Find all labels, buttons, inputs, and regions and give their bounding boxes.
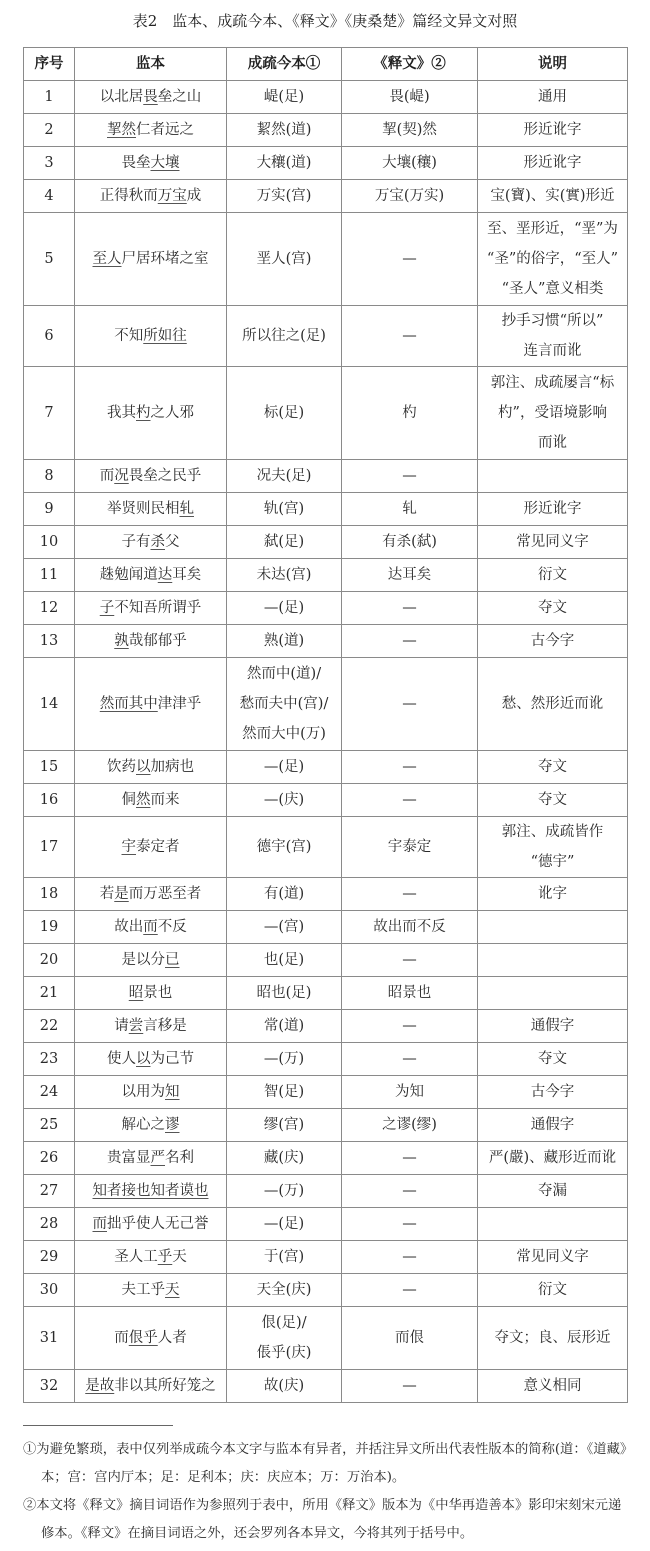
cell-shiwen: — — [342, 213, 478, 306]
cell-line: —(宫) — [229, 912, 339, 942]
cell-line: 佷(足)/ — [229, 1308, 339, 1338]
cell-chengshu: 藏(庆) — [227, 1142, 342, 1175]
text-segment: 故出 — [114, 919, 143, 935]
cell-shiwen: 昭景也 — [342, 977, 478, 1010]
cell-chengshu: 缪(宫) — [227, 1109, 342, 1142]
text-segment: 哉郁郁乎 — [129, 633, 187, 649]
cell-note: 意义相同 — [478, 1370, 628, 1403]
cell-shiwen: — — [342, 878, 478, 911]
cell-line: 郭注、成疏屡言“标 — [480, 368, 625, 398]
cell-chengshu: 标(足) — [227, 367, 342, 460]
underlined-variant-text: 况 — [114, 468, 129, 484]
text-segment: 趎勉闻道 — [100, 567, 158, 583]
cell-chengshu: —(足) — [227, 751, 342, 784]
cell-shiwen: — — [342, 625, 478, 658]
cell-chengshu: 况夫(足) — [227, 460, 342, 493]
cell-jianben: 而况畏垒之民乎 — [75, 460, 227, 493]
cell-shiwen: 故出而不反 — [342, 911, 478, 944]
cell-shiwen: 杓 — [342, 367, 478, 460]
cell-shiwen: — — [342, 1370, 478, 1403]
cell-line: —(足) — [229, 1209, 339, 1239]
text-segment: 不反 — [158, 919, 187, 935]
text-segment: 正得秋而 — [100, 188, 158, 204]
cell-shiwen: — — [342, 784, 478, 817]
cell-shiwen: — — [342, 1142, 478, 1175]
cell-number: 29 — [24, 1241, 75, 1274]
cell-jianben: 我其杓之人邪 — [75, 367, 227, 460]
cell-note: 夺文 — [478, 592, 628, 625]
cell-jianben: 子有杀父 — [75, 526, 227, 559]
cell-shiwen: 而佷 — [342, 1307, 478, 1370]
cell-line: 然而中(道)/ — [229, 659, 339, 689]
cell-line: 藏(庆) — [229, 1143, 339, 1173]
cell-jianben: 举贤则民相轧 — [75, 493, 227, 526]
cell-shiwen: — — [342, 1010, 478, 1043]
cell-jianben: 挈然仁者远之 — [75, 114, 227, 147]
underlined-variant-text: 杓 — [136, 405, 151, 421]
cell-note: 夺文 — [478, 751, 628, 784]
cell-chengshu: 德宇(宫) — [227, 817, 342, 878]
cell-line: 德宇(宫) — [229, 832, 339, 862]
underlined-variant-text: 挈然 — [107, 122, 136, 138]
cell-shiwen: 轧 — [342, 493, 478, 526]
cell-note: 严(嚴)、藏形近而讹 — [478, 1142, 628, 1175]
cell-chengshu: 于(宫) — [227, 1241, 342, 1274]
col-header-number: 序号 — [24, 48, 75, 81]
underlined-variant-text: 然而其中 — [100, 696, 158, 712]
cell-chengshu: 崼(足) — [227, 81, 342, 114]
cell-line: 天全(庆) — [229, 1275, 339, 1305]
text-segment: 言移是 — [143, 1018, 187, 1034]
underlined-variant-text: 已 — [165, 952, 180, 968]
cell-shiwen: — — [342, 751, 478, 784]
cell-line: “德宇” — [480, 847, 625, 877]
cell-line: 而讹 — [480, 428, 625, 458]
cell-line: 通假字 — [480, 1110, 625, 1140]
cell-chengshu: 絜然(道) — [227, 114, 342, 147]
cell-note: 愁、然形近而讹 — [478, 658, 628, 751]
underlined-variant-text: 是故 — [85, 1378, 114, 1394]
underlined-variant-text: 然 — [136, 792, 151, 808]
cell-note: 古今字 — [478, 625, 628, 658]
cell-jianben: 请尝言移是 — [75, 1010, 227, 1043]
cell-line: 智(足) — [229, 1077, 339, 1107]
text-segment: 为己节 — [151, 1051, 195, 1067]
text-segment: 人者 — [158, 1330, 187, 1346]
cell-jianben: 昭景也 — [75, 977, 227, 1010]
cell-shiwen: 达耳矣 — [342, 559, 478, 592]
text-segment: 加病也 — [151, 759, 195, 775]
cell-line: “圣”的俗字，“至人” — [480, 244, 625, 274]
text-segment: 是以分 — [122, 952, 166, 968]
cell-line: 形近讹字 — [480, 148, 625, 178]
table-row: 22请尝言移是常(道)—通假字 — [24, 1010, 628, 1043]
underlined-variant-text: 子 — [100, 600, 115, 616]
underlined-variant-text: 是 — [114, 886, 129, 902]
cell-chengshu: 所以往之(足) — [227, 306, 342, 367]
cell-note: 郭注、成疏皆作“德宇” — [478, 817, 628, 878]
cell-chengshu: 智(足) — [227, 1076, 342, 1109]
text-segment: 我其 — [107, 405, 136, 421]
cell-line: 弑(足) — [229, 527, 339, 557]
cell-line: —(足) — [229, 593, 339, 623]
cell-line: 夺文 — [480, 785, 625, 815]
underlined-variant-text: 天 — [165, 1282, 180, 1298]
text-segment: 垒之山 — [158, 89, 202, 105]
cell-jianben: 至人尸居环堵之室 — [75, 213, 227, 306]
cell-jianben: 以用为知 — [75, 1076, 227, 1109]
cell-note: 郭注、成疏屡言“标杓”，受语境影响而讹 — [478, 367, 628, 460]
cell-number: 8 — [24, 460, 75, 493]
text-segment: 耳矣 — [172, 567, 201, 583]
cell-shiwen: — — [342, 306, 478, 367]
text-segment: 天 — [172, 1249, 187, 1265]
cell-number: 25 — [24, 1109, 75, 1142]
text-segment: 使人 — [107, 1051, 136, 1067]
cell-jianben: 解心之谬 — [75, 1109, 227, 1142]
underlined-variant-text: 知 — [165, 1084, 180, 1100]
cell-jianben: 使人以为己节 — [75, 1043, 227, 1076]
cell-number: 15 — [24, 751, 75, 784]
underlined-variant-text: 而 — [93, 1216, 108, 1232]
cell-note: 常见同义字 — [478, 526, 628, 559]
footnote-1: ①为避免繁琐，表中仅列举成疏今本文字与监本有异者，并括注异文所出代表性版本的简称… — [23, 1436, 633, 1492]
footnote-2: ②本文将《释文》摘目词语作为参照列于表中，所用《释文》版本为《中华再造善本》影印… — [23, 1492, 633, 1548]
cell-note — [478, 944, 628, 977]
cell-shiwen: — — [342, 1274, 478, 1307]
table-row: 9举贤则民相轧轨(宫)轧形近讹字 — [24, 493, 628, 526]
cell-line: 严(嚴)、藏形近而讹 — [480, 1143, 625, 1173]
cell-line: —(万) — [229, 1176, 339, 1206]
cell-line: —(足) — [229, 752, 339, 782]
underlined-variant-text: 宇 — [122, 839, 137, 855]
cell-chengshu: 垩人(宫) — [227, 213, 342, 306]
cell-chengshu: 轨(宫) — [227, 493, 342, 526]
text-segment: 以用为 — [122, 1084, 166, 1100]
text-segment: 圣人工 — [114, 1249, 158, 1265]
cell-line: 况夫(足) — [229, 461, 339, 491]
table-row: 28而拙乎使人无己誉—(足)— — [24, 1208, 628, 1241]
cell-jianben: 而佷乎人者 — [75, 1307, 227, 1370]
cell-number: 9 — [24, 493, 75, 526]
cell-jianben: 是以分已 — [75, 944, 227, 977]
cell-note: 抄手习惯“所以”连言而讹 — [478, 306, 628, 367]
cell-number: 6 — [24, 306, 75, 367]
underlined-variant-text: 畏 — [143, 89, 158, 105]
text-segment: 举贤则民相 — [107, 501, 180, 517]
cell-line: —(万) — [229, 1044, 339, 1074]
text-segment: 仁者远之 — [136, 122, 194, 138]
underlined-variant-text: 杀 — [151, 534, 166, 550]
cell-jianben: 饮药以加病也 — [75, 751, 227, 784]
cell-note: 至、垩形近，“垩”为“圣”的俗字，“至人”“圣人”意义相类 — [478, 213, 628, 306]
table-row: 6不知所如往所以往之(足)—抄手习惯“所以”连言而讹 — [24, 306, 628, 367]
cell-line: 万实(宫) — [229, 181, 339, 211]
cell-line: 讹字 — [480, 879, 625, 909]
table-row: 26贵富显严名利藏(庆)—严(嚴)、藏形近而讹 — [24, 1142, 628, 1175]
cell-line: 杓”，受语境影响 — [480, 398, 625, 428]
cell-chengshu: —(万) — [227, 1043, 342, 1076]
table-row: 29圣人工乎天于(宫)—常见同义字 — [24, 1241, 628, 1274]
cell-number: 27 — [24, 1175, 75, 1208]
cell-line: 大穰(道) — [229, 148, 339, 178]
cell-chengshu: 佷(足)/倀乎(庆) — [227, 1307, 342, 1370]
table-row: 8而况畏垒之民乎况夫(足)— — [24, 460, 628, 493]
footnotes: ①为避免繁琐，表中仅列举成疏今本文字与监本有异者，并括注异文所出代表性版本的简称… — [23, 1436, 633, 1548]
cell-shiwen: 之谬(缪) — [342, 1109, 478, 1142]
cell-note: 夺文；良、辰形近 — [478, 1307, 628, 1370]
cell-line: 愁而夫中(宫)/ — [229, 689, 339, 719]
text-segment: 不知吾所谓乎 — [114, 600, 201, 616]
cell-shiwen: — — [342, 944, 478, 977]
cell-number: 16 — [24, 784, 75, 817]
cell-line: 至、垩形近，“垩”为 — [480, 214, 625, 244]
cell-note — [478, 1208, 628, 1241]
text-segment: 名利 — [165, 1150, 194, 1166]
cell-line: 宝(寶)、实(實)形近 — [480, 181, 625, 211]
cell-chengshu: 有(道) — [227, 878, 342, 911]
cell-number: 24 — [24, 1076, 75, 1109]
text-segment: 而来 — [151, 792, 180, 808]
underlined-variant-text: 以 — [136, 759, 151, 775]
cell-line: 形近讹字 — [480, 494, 625, 524]
cell-chengshu: —(足) — [227, 1208, 342, 1241]
cell-chengshu: 也(足) — [227, 944, 342, 977]
cell-shiwen: 挈(契)然 — [342, 114, 478, 147]
cell-jianben: 子不知吾所谓乎 — [75, 592, 227, 625]
cell-line: 衍文 — [480, 560, 625, 590]
cell-jianben: 圣人工乎天 — [75, 1241, 227, 1274]
cell-chengshu: 故(庆) — [227, 1370, 342, 1403]
cell-jianben: 宇泰定者 — [75, 817, 227, 878]
cell-line: 常见同义字 — [480, 527, 625, 557]
cell-line: 昭也(足) — [229, 978, 339, 1008]
table-row: 7我其杓之人邪标(足)杓郭注、成疏屡言“标杓”，受语境影响而讹 — [24, 367, 628, 460]
cell-shiwen: — — [342, 1208, 478, 1241]
table-row: 27知者接也知者谟也—(万)—夺漏 — [24, 1175, 628, 1208]
cell-chengshu: 未达(宫) — [227, 559, 342, 592]
cell-number: 26 — [24, 1142, 75, 1175]
cell-jianben: 不知所如往 — [75, 306, 227, 367]
cell-line: 意义相同 — [480, 1371, 625, 1401]
underlined-variant-text: 知者接也知者谟也 — [93, 1183, 209, 1199]
cell-jianben: 以北居畏垒之山 — [75, 81, 227, 114]
table-row: 32是故非以其所好笼之故(庆)—意义相同 — [24, 1370, 628, 1403]
cell-shiwen: — — [342, 1043, 478, 1076]
cell-jianben: 贵富显严名利 — [75, 1142, 227, 1175]
cell-line: 夺文 — [480, 752, 625, 782]
cell-note — [478, 911, 628, 944]
table-row: 5至人尸居环堵之室垩人(宫)—至、垩形近，“垩”为“圣”的俗字，“至人”“圣人”… — [24, 213, 628, 306]
cell-number: 17 — [24, 817, 75, 878]
cell-line: 连言而讹 — [480, 336, 625, 366]
cell-line: 古今字 — [480, 1077, 625, 1107]
cell-number: 5 — [24, 213, 75, 306]
underlined-variant-text: 孰 — [114, 633, 129, 649]
table-caption: 表2 监本、成疏今本、《释文》《庚桑楚》篇经文异文对照 — [0, 10, 650, 32]
cell-chengshu: 然而中(道)/愁而夫中(宫)/然而大中(万) — [227, 658, 342, 751]
cell-number: 1 — [24, 81, 75, 114]
cell-shiwen: 万宝(万实) — [342, 180, 478, 213]
cell-number: 31 — [24, 1307, 75, 1370]
text-segment: 畏垒 — [122, 155, 151, 171]
table-row: 2挈然仁者远之絜然(道)挈(契)然形近讹字 — [24, 114, 628, 147]
underlined-variant-text: 严 — [151, 1150, 166, 1166]
cell-line: 常见同义字 — [480, 1242, 625, 1272]
cell-note: 古今字 — [478, 1076, 628, 1109]
cell-chengshu: 万实(宫) — [227, 180, 342, 213]
cell-jianben: 畏垒大壤 — [75, 147, 227, 180]
cell-note: 通假字 — [478, 1109, 628, 1142]
cell-note: 形近讹字 — [478, 114, 628, 147]
text-segment: 尸居环堵之室 — [122, 251, 209, 267]
cell-number: 20 — [24, 944, 75, 977]
table-row: 30夫工乎天天全(庆)—衍文 — [24, 1274, 628, 1307]
table-row: 3畏垒大壤大穰(道)大壤(穰)形近讹字 — [24, 147, 628, 180]
col-header-note: 说明 — [478, 48, 628, 81]
cell-jianben: 趎勉闻道达耳矣 — [75, 559, 227, 592]
cell-line: 愁、然形近而讹 — [480, 689, 625, 719]
table-row: 4正得秋而万宝成万实(宫)万宝(万实)宝(寶)、实(實)形近 — [24, 180, 628, 213]
cell-chengshu: 弑(足) — [227, 526, 342, 559]
cell-number: 14 — [24, 658, 75, 751]
cell-line: 夺文；良、辰形近 — [480, 1323, 625, 1353]
text-segment: 而万恶至者 — [129, 886, 202, 902]
cell-chengshu: 熟(道) — [227, 625, 342, 658]
cell-number: 28 — [24, 1208, 75, 1241]
cell-jianben: 知者接也知者谟也 — [75, 1175, 227, 1208]
text-segment: 子有 — [122, 534, 151, 550]
cell-jianben: 然而其中津津乎 — [75, 658, 227, 751]
cell-number: 2 — [24, 114, 75, 147]
table-row: 20是以分已也(足)— — [24, 944, 628, 977]
cell-line: 郭注、成疏皆作 — [480, 817, 625, 847]
underlined-variant-text: 以 — [136, 1051, 151, 1067]
underlined-variant-text: 乎 — [158, 1249, 173, 1265]
cell-jianben: 正得秋而万宝成 — [75, 180, 227, 213]
cell-note: 形近讹字 — [478, 493, 628, 526]
text-segment: 景也 — [143, 985, 172, 1001]
table-row: 25解心之谬缪(宫)之谬(缪)通假字 — [24, 1109, 628, 1142]
cell-line: 然而大中(万) — [229, 719, 339, 749]
cell-shiwen: 大壤(穰) — [342, 147, 478, 180]
cell-line: 有(道) — [229, 879, 339, 909]
cell-jianben: 故出而不反 — [75, 911, 227, 944]
cell-number: 22 — [24, 1010, 75, 1043]
cell-jianben: 而拙乎使人无己誉 — [75, 1208, 227, 1241]
cell-line: 夺文 — [480, 593, 625, 623]
text-segment: 饮药 — [107, 759, 136, 775]
cell-jianben: 侗然而来 — [75, 784, 227, 817]
cell-line: 所以往之(足) — [229, 321, 339, 351]
cell-number: 4 — [24, 180, 75, 213]
text-segment: 贵富显 — [107, 1150, 151, 1166]
text-segment: 父 — [165, 534, 180, 550]
col-header-shiwen: 《释文》② — [342, 48, 478, 81]
cell-line: 于(宫) — [229, 1242, 339, 1272]
cell-shiwen: 宇泰定 — [342, 817, 478, 878]
text-segment: 而 — [100, 468, 115, 484]
cell-note: 夺文 — [478, 1043, 628, 1076]
cell-line: 衍文 — [480, 1275, 625, 1305]
cell-chengshu: —(宫) — [227, 911, 342, 944]
cell-shiwen: — — [342, 592, 478, 625]
cell-number: 21 — [24, 977, 75, 1010]
table-row: 1以北居畏垒之山崼(足)畏(崼)通用 — [24, 81, 628, 114]
table-row: 11趎勉闻道达耳矣未达(宫)达耳矣衍文 — [24, 559, 628, 592]
cell-line: 倀乎(庆) — [229, 1338, 339, 1368]
cell-note: 夺文 — [478, 784, 628, 817]
cell-number: 3 — [24, 147, 75, 180]
cell-line: 崼(足) — [229, 82, 339, 112]
cell-note — [478, 460, 628, 493]
cell-note: 常见同义字 — [478, 1241, 628, 1274]
text-segment: 泰定者 — [136, 839, 180, 855]
cell-chengshu: 大穰(道) — [227, 147, 342, 180]
table-row: 16侗然而来—(庆)—夺文 — [24, 784, 628, 817]
underlined-variant-text: 佷乎 — [129, 1330, 158, 1346]
cell-note — [478, 977, 628, 1010]
cell-line: 常(道) — [229, 1011, 339, 1041]
cell-number: 10 — [24, 526, 75, 559]
table-row: 18若是而万恶至者有(道)—讹字 — [24, 878, 628, 911]
cell-number: 23 — [24, 1043, 75, 1076]
col-header-jianben: 监本 — [75, 48, 227, 81]
table-row: 14然而其中津津乎然而中(道)/愁而夫中(宫)/然而大中(万)—愁、然形近而讹 — [24, 658, 628, 751]
cell-chengshu: 常(道) — [227, 1010, 342, 1043]
cell-note: 通假字 — [478, 1010, 628, 1043]
cell-number: 13 — [24, 625, 75, 658]
cell-shiwen: — — [342, 658, 478, 751]
cell-chengshu: 昭也(足) — [227, 977, 342, 1010]
cell-shiwen: 畏(崼) — [342, 81, 478, 114]
cell-shiwen: — — [342, 460, 478, 493]
table-row: 12子不知吾所谓乎—(足)—夺文 — [24, 592, 628, 625]
cell-line: 通用 — [480, 82, 625, 112]
text-segment: 不知 — [114, 328, 143, 344]
cell-jianben: 是故非以其所好笼之 — [75, 1370, 227, 1403]
cell-note: 讹字 — [478, 878, 628, 911]
footnote-divider — [23, 1425, 173, 1426]
cell-chengshu: 天全(庆) — [227, 1274, 342, 1307]
cell-jianben: 夫工乎天 — [75, 1274, 227, 1307]
underlined-variant-text: 大壤 — [151, 155, 180, 171]
underlined-variant-text: 万宝 — [158, 188, 187, 204]
cell-note: 形近讹字 — [478, 147, 628, 180]
cell-line: 熟(道) — [229, 626, 339, 656]
cell-chengshu: —(足) — [227, 592, 342, 625]
cell-shiwen: 有杀(弑) — [342, 526, 478, 559]
cell-line: 古今字 — [480, 626, 625, 656]
cell-shiwen: — — [342, 1175, 478, 1208]
text-segment: 解心之 — [122, 1117, 166, 1133]
table-row: 17宇泰定者德宇(宫)宇泰定郭注、成疏皆作“德宇” — [24, 817, 628, 878]
cell-note: 衍文 — [478, 1274, 628, 1307]
cell-shiwen: 为知 — [342, 1076, 478, 1109]
cell-note: 通用 — [478, 81, 628, 114]
underlined-variant-text: 至人 — [93, 251, 122, 267]
cell-line: 通假字 — [480, 1011, 625, 1041]
cell-line: 故(庆) — [229, 1371, 339, 1401]
cell-line: 标(足) — [229, 398, 339, 428]
table-row: 23使人以为己节—(万)—夺文 — [24, 1043, 628, 1076]
cell-line: 夺漏 — [480, 1176, 625, 1206]
text-segment: 侗 — [122, 792, 137, 808]
cell-note: 衍文 — [478, 559, 628, 592]
text-segment: 拙乎使人无己誉 — [107, 1216, 209, 1232]
table-row: 21昭景也昭也(足)昭景也 — [24, 977, 628, 1010]
underlined-variant-text: 昭 — [129, 985, 144, 1001]
